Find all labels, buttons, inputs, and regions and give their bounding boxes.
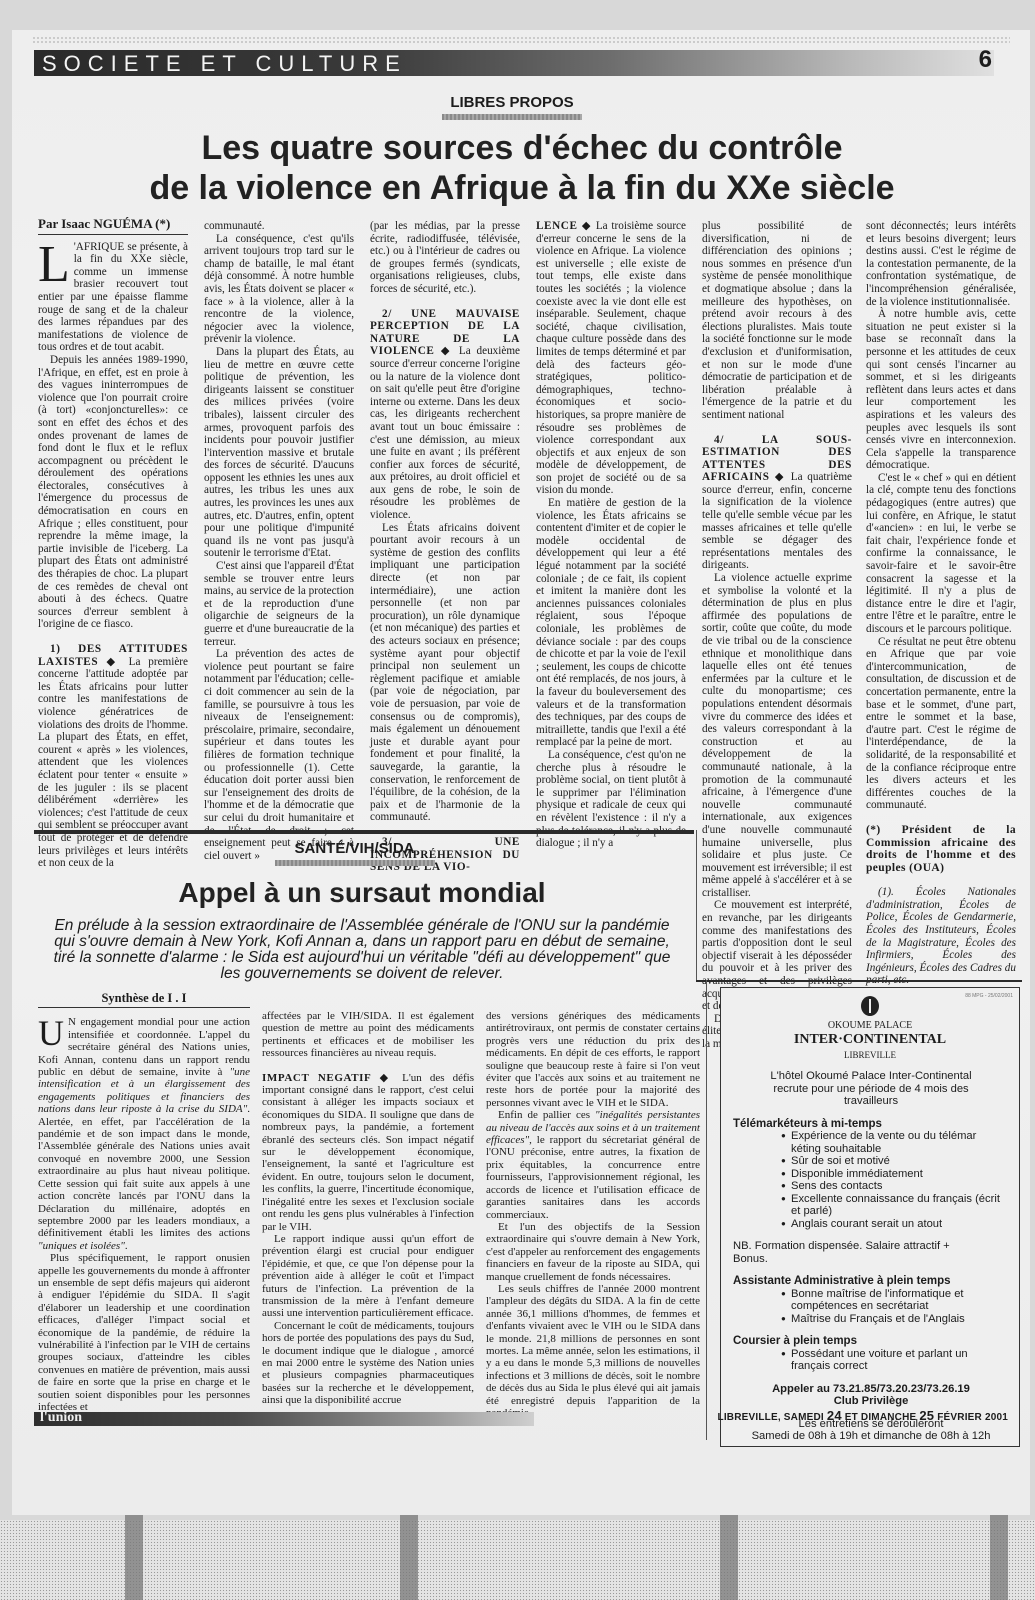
job-title-coursier: Coursier à plein temps <box>733 1335 1009 1348</box>
paragraph: plus possibilité de diversification, ni … <box>702 220 852 422</box>
dateline-place: LIBREVILLE, SAMEDI <box>718 1412 827 1423</box>
rubric-sante: SANTÉ/VIH/SIDA <box>257 840 452 866</box>
paragraph: Ce résultat ne peut être obtenu en Afriq… <box>866 636 1016 812</box>
paragraph: La quatrième source d'erreur, enfin, con… <box>702 471 852 571</box>
paragraph: affectées par le VIH/SIDA. Il est égalem… <box>262 1010 474 1060</box>
job3-requirements: Possédant une voiture et parlant un fran… <box>733 1348 1009 1373</box>
rubric-label: SANTÉ/VIH/SIDA <box>294 840 414 857</box>
paragraph: Le rapport indique aussi qu'un effort de… <box>262 1233 474 1320</box>
paragraph: Les seuls chiffres de l'année 2000 montr… <box>486 1283 700 1419</box>
intercontinental-logo-icon <box>861 996 879 1016</box>
rubric-underline <box>442 114 582 120</box>
ad-nb: NB. Formation dispensée. Salaire attract… <box>733 1240 1009 1265</box>
article1-column-6: sont déconnectés; leurs intérêts et leur… <box>866 220 1016 1025</box>
section-header-bar: SOCIETE ET CULTURE <box>34 50 994 76</box>
article2-column-1: Synthèse de I . I UN engagement mondial … <box>38 992 250 1413</box>
background-shadow <box>990 1515 1008 1600</box>
background-shadow <box>720 1515 738 1600</box>
requirement: Maîtrise du Français et de l'Anglais <box>781 1313 1009 1326</box>
ad-phone-numbers: Appeler au 73.21.85/73.20.23/73.26.19 <box>733 1383 1009 1396</box>
newspaper-page: SOCIETE ET CULTURE 6 LIBRES PROPOS Les q… <box>12 30 1030 1515</box>
ad-body: L'hôtel Okoumé Palace Inter-Continental … <box>733 1070 1009 1443</box>
text: , le rapport du sécretariat général de l… <box>486 1134 700 1220</box>
article1-column-4: LENCE ◆ La troisième source d'erreur con… <box>536 220 686 850</box>
ad-interviews-line-2: Samedi de 08h à 19h et dimanche de 08h à… <box>733 1430 1009 1443</box>
paragraph: Depuis les années 1989-1990, l'Afrique, … <box>38 354 188 631</box>
ad-brand-line-1: OKOUME PALACE <box>721 1020 1019 1031</box>
article1-column-5: plus possibilité de diversification, ni … <box>702 220 852 1051</box>
text: . Alertée, en effet, par l'accélération … <box>38 1103 250 1239</box>
job-title-telemarketeurs: Télémarkéteurs à mi-temps <box>733 1118 1009 1131</box>
job1-requirements: Expérience de la vente ou du télémar két… <box>733 1130 1009 1230</box>
decorative-dot-band <box>32 36 1010 44</box>
page-number: 6 <box>979 46 992 74</box>
paragraph: La conséquence, c'est qu'ils arrivent to… <box>204 233 354 346</box>
ad-club: Club Privilège <box>733 1395 1009 1408</box>
column-rule <box>696 830 697 980</box>
newspaper-name: l'union <box>40 1410 82 1426</box>
byline: Par Isaac NGUÉMA (*) <box>38 218 188 235</box>
headline-line-1: Les quatre sources d'échec du contrôle <box>72 128 972 168</box>
article2-column-2: affectées par le VIH/SIDA. Il est égalem… <box>262 1010 474 1407</box>
text: N engagement mondial pour une action int… <box>38 1016 250 1078</box>
dateline-day-2: 25 <box>919 1408 934 1423</box>
paragraph: La deuxième source d'erreur concerne l'o… <box>370 345 520 521</box>
requirement: Sens des contacts <box>781 1180 1009 1193</box>
job2-requirements: Bonne maîtrise de l'informatique et comp… <box>733 1288 1009 1326</box>
text: . <box>125 1240 128 1252</box>
paragraph: C'est ainsi que l'appareil d'État semble… <box>204 560 354 648</box>
paragraph: sont déconnectés; leurs intérêts et leur… <box>866 220 1016 308</box>
drop-cap: U <box>38 1018 64 1048</box>
rubric-libres-propos: LIBRES PROPOS <box>442 94 582 120</box>
requirement: Sûr de soi et motivé <box>781 1155 1009 1168</box>
paragraph: À notre humble avis, cette situation ne … <box>866 308 1016 472</box>
paragraph: Et l'un des objectifs de la Session extr… <box>486 1221 700 1283</box>
job-advertisement: 88 MPG - 25/02/2001 OKOUME PALACE INTER·… <box>720 987 1020 1447</box>
paragraph: La troisième source d'erreur concerne le… <box>536 220 686 496</box>
rubric-underline <box>275 860 435 866</box>
article2-headline: Appel à un sursaut mondial <box>52 876 672 910</box>
drop-cap: L <box>38 243 70 287</box>
rubric-label: LIBRES PROPOS <box>450 94 573 111</box>
ad-intro: L'hôtel Okoumé Palace Inter-Continental … <box>733 1070 1009 1108</box>
paragraph: Plus spécifiquement, le rapport onusien … <box>38 1252 250 1413</box>
article2-deck: En prélude à la session extraordinaire d… <box>42 918 682 982</box>
paragraph: La première concerne l'attitude adoptée … <box>38 656 188 870</box>
paragraph: La conséquence, c'est qu'on ne cherche p… <box>536 749 686 850</box>
ad-brand-line-2: INTER·CONTINENTAL <box>721 1032 1019 1048</box>
quote: "uniques et isolées" <box>38 1240 125 1252</box>
section-title: SOCIETE ET CULTURE <box>42 51 407 77</box>
dateline-text: ET DIMANCHE <box>842 1412 920 1423</box>
subheading-continued: LENCE ◆ <box>536 220 592 232</box>
dateline-month-year: FÉVRIER 2001 <box>934 1412 1008 1423</box>
byline: Synthèse de I . I <box>38 992 250 1008</box>
requirement: Disponible immédiatement <box>781 1168 1009 1181</box>
author-note: (*) Président de la Commission africaine… <box>866 824 1016 874</box>
requirement: Bonne maîtrise de l'informatique et comp… <box>781 1288 1009 1313</box>
article1-column-2: communauté. La conséquence, c'est qu'ils… <box>204 220 354 862</box>
subheading-impact-negatif: IMPACT NEGATIF ◆ <box>262 1072 394 1084</box>
article2-column-3: des versions génériques des médicaments … <box>486 1010 700 1419</box>
article1-column-3: (par les médias, par la presse écrite, r… <box>370 220 520 874</box>
ad-brand-line-3: LIBREVILLE <box>721 1050 1019 1060</box>
dateline-day-1: 24 <box>827 1408 842 1423</box>
requirement: Anglais courant serait un atout <box>781 1218 1009 1231</box>
requirement: Excellente connaissance du français (écr… <box>781 1193 1009 1218</box>
paragraph: L'un des défis important consigné dans l… <box>262 1072 474 1233</box>
footnote-divider <box>696 980 1022 982</box>
paragraph: En matière de gestion de la violence, le… <box>536 497 686 749</box>
requirement: Possédant une voiture et parlant un fran… <box>781 1348 1009 1373</box>
paragraph: Concernant le coût de médicaments, toujo… <box>262 1320 474 1407</box>
job-title-assistante: Assistante Administrative à plein temps <box>733 1275 1009 1288</box>
headline-line-2: de la violence en Afrique à la fin du XX… <box>72 168 972 208</box>
paragraph: Les États africains doivent pourtant avo… <box>370 522 520 824</box>
paragraph: C'est le « chef » qui en détient la clé,… <box>866 472 1016 636</box>
footer-bar: l'union <box>34 1412 534 1426</box>
article-divider <box>34 830 694 834</box>
background-shadow <box>400 1515 418 1600</box>
requirement: Expérience de la vente ou du télémar két… <box>781 1130 1009 1155</box>
article1-column-1: Par Isaac NGUÉMA (*) L'AFRIQUE se présen… <box>38 218 188 870</box>
paragraph: communauté. <box>204 220 354 233</box>
column-rule <box>706 980 707 1440</box>
ad-reference: 88 MPG - 25/02/2001 <box>965 993 1013 999</box>
background-shadow <box>125 1515 143 1600</box>
paragraph: Dans la plupart des États, au lieu de me… <box>204 346 354 560</box>
footnote-1: (1). Écoles Nationales d'administration,… <box>866 886 1016 987</box>
paragraph: (par les médias, par la presse écrite, r… <box>370 220 520 296</box>
background-surface <box>0 1520 1035 1600</box>
dateline: LIBREVILLE, SAMEDI 24 ET DIMANCHE 25 FÉV… <box>718 1408 1008 1423</box>
article1-headline: Les quatre sources d'échec du contrôle d… <box>72 128 972 208</box>
paragraph: La violence actuelle exprime et symbolis… <box>702 572 852 899</box>
text: Enfin de pallier ces <box>498 1109 595 1121</box>
paragraph: des versions génériques des médicaments … <box>486 1010 700 1109</box>
